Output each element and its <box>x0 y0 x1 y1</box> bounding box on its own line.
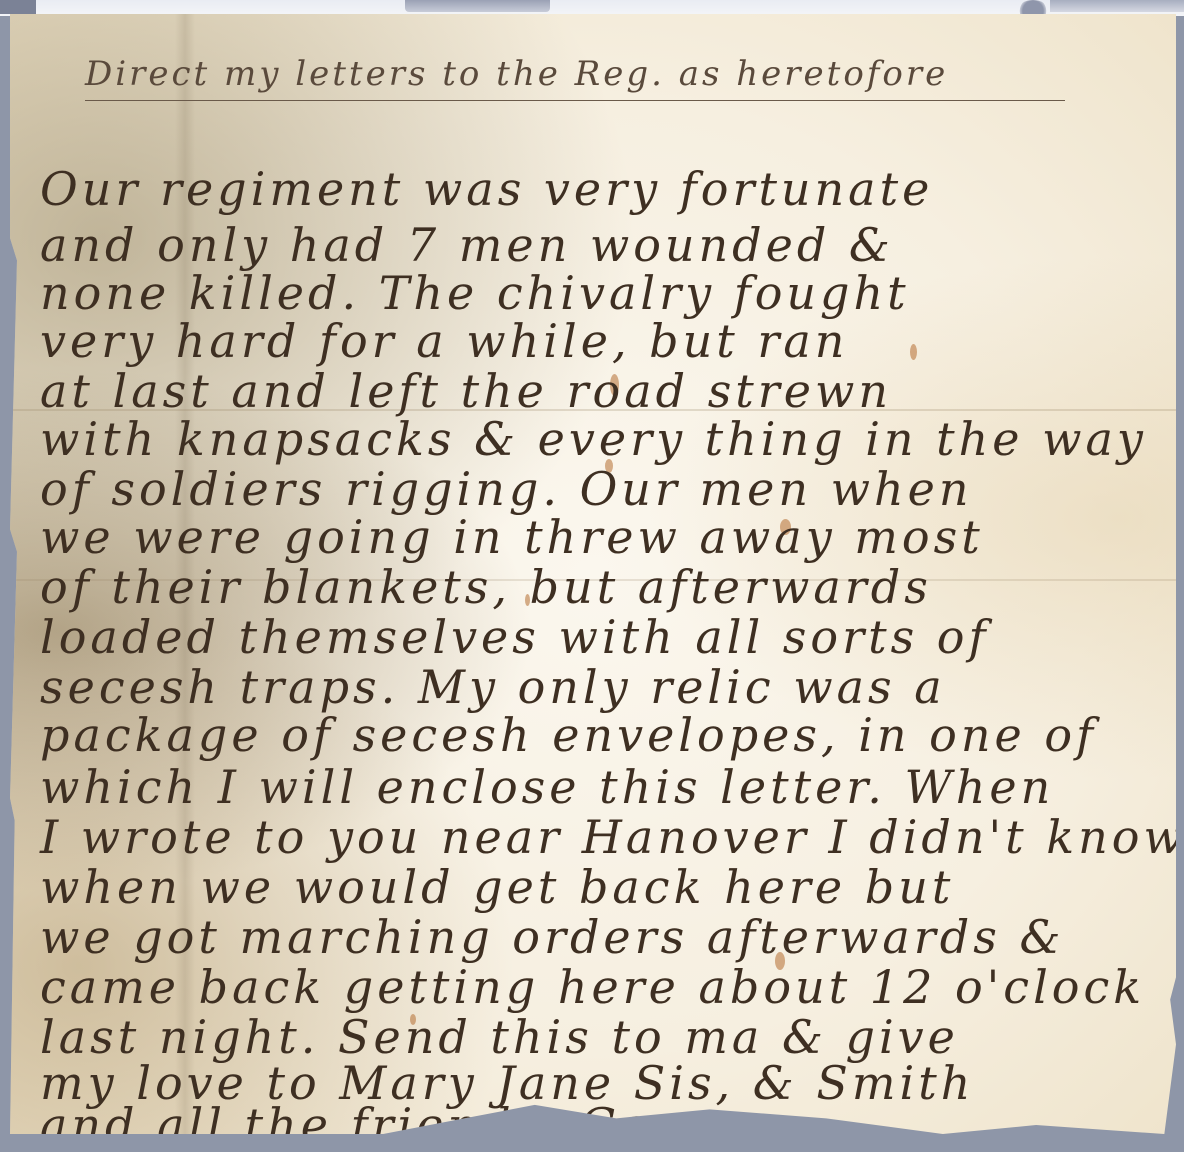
rust-stain <box>660 1126 664 1134</box>
letter-line: we got marching orders afterwards & <box>40 910 1064 964</box>
letter-line: Our regiment was very fortunate <box>40 162 933 216</box>
letter-line: loaded themselves with all sorts of <box>40 610 990 664</box>
letter-line: very hard for a while, but ran <box>40 314 848 368</box>
letter-line: we were going in threw away most <box>40 510 984 564</box>
letter-line: when we would get back here but <box>40 860 954 914</box>
scanner-edge-bar-right <box>1050 0 1184 12</box>
letter-line: I wrote to you near Hanover I didn't kno… <box>40 810 1184 864</box>
letter-page: Direct my letters to the Reg. as heretof… <box>10 14 1176 1134</box>
scanner-edge-dark <box>0 0 36 14</box>
letter-line: at last and left the road strewn <box>40 364 892 418</box>
letter-line: and all the friends. Geo. <box>40 1098 701 1152</box>
letter-line: came back getting here about 12 o'clock <box>40 960 1145 1014</box>
letter-text: Direct my letters to the Reg. as heretof… <box>10 14 1176 1134</box>
letter-line: and only had 7 men wounded & <box>40 218 894 272</box>
letter-line: of soldiers rigging. Our men when <box>40 462 972 516</box>
letter-line: which I will enclose this letter. When <box>40 760 1054 814</box>
letter-line: none killed. The chivalry fought <box>40 266 910 320</box>
header-note: Direct my letters to the Reg. as heretof… <box>85 54 1065 101</box>
letter-line: secesh traps. My only relic was a <box>40 660 946 714</box>
scanner-bed-edge <box>0 0 1184 16</box>
letter-line: with knapsacks & every thing in the way <box>40 412 1147 466</box>
rust-stain <box>890 1134 894 1142</box>
letter-line: of their blankets, but afterwards <box>40 560 932 614</box>
scanner-edge-bar <box>405 0 550 12</box>
letter-line: package of secesh envelopes, in one of <box>40 708 1097 762</box>
